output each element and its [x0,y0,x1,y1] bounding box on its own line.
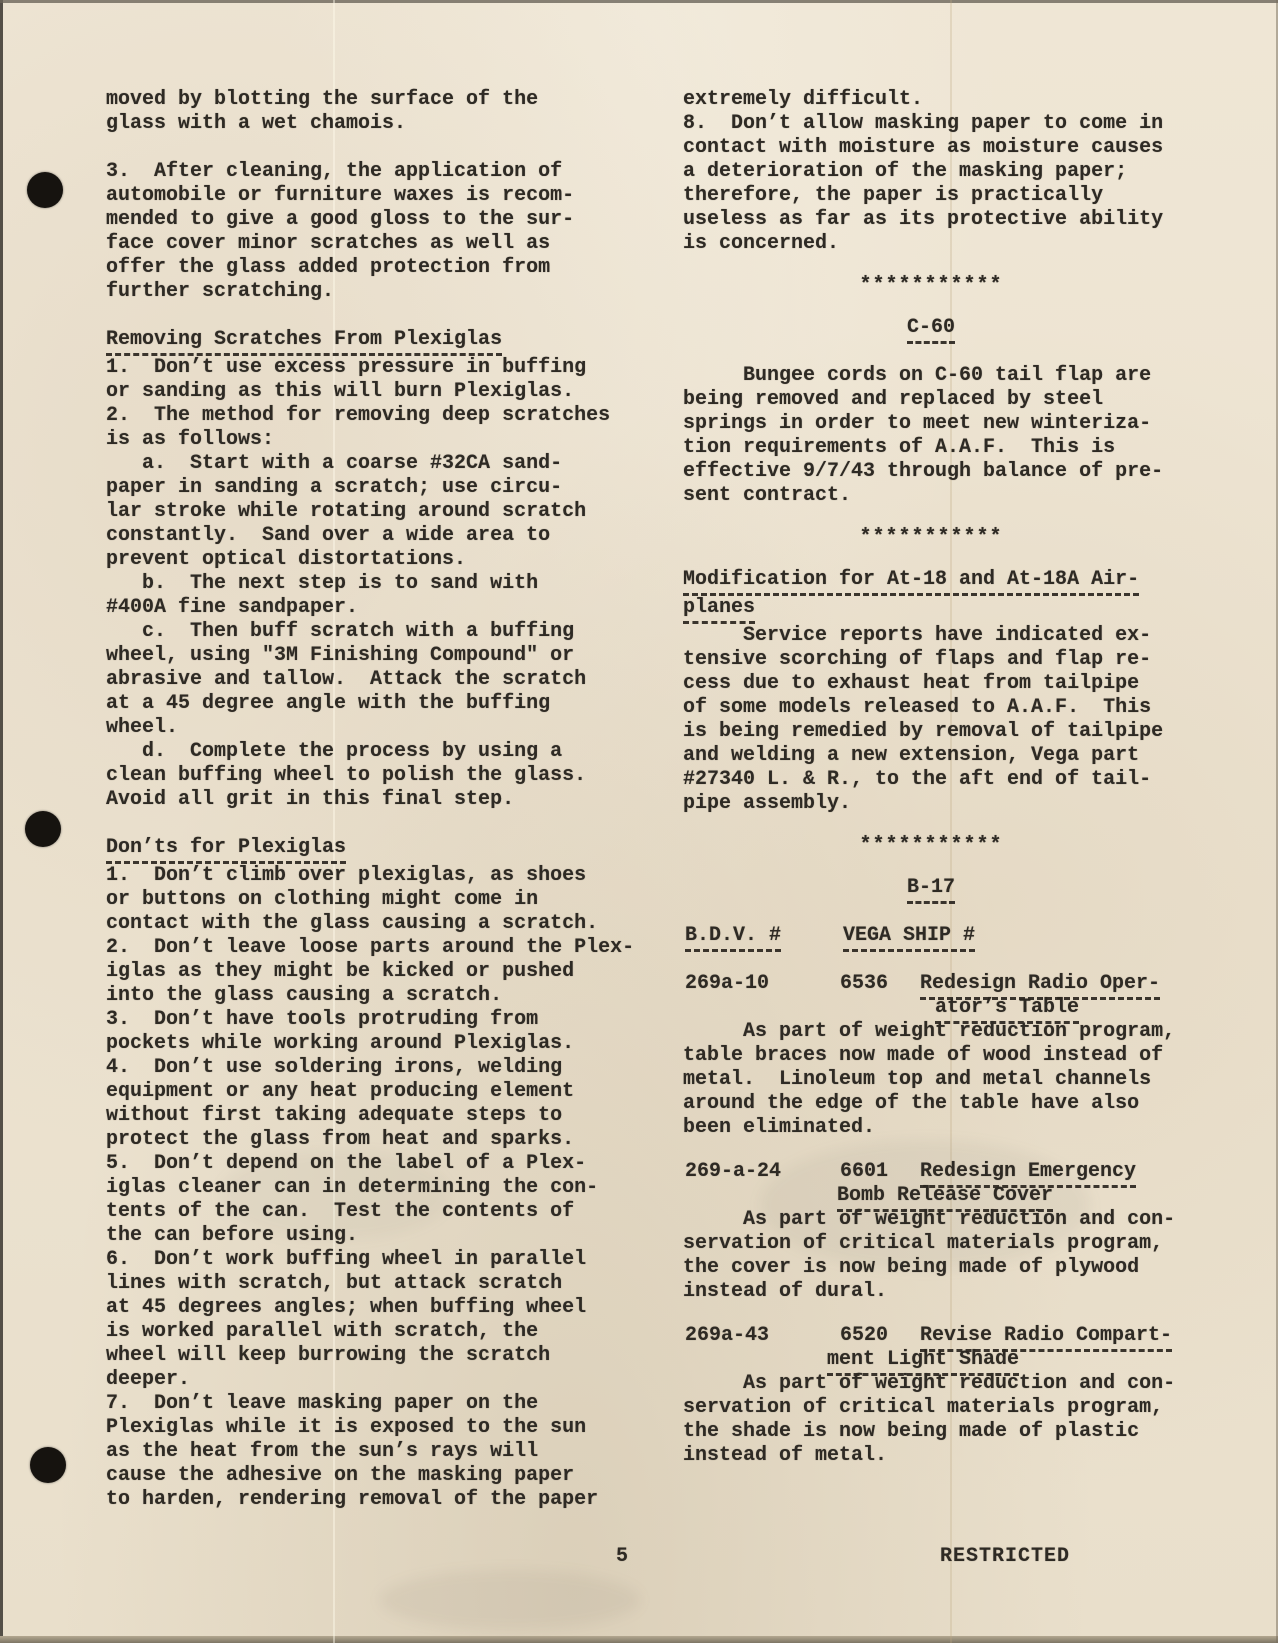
section-heading-removing-scratches: Removing Scratches From Plexiglas [106,328,658,356]
section-body-donts: 1. Don’t climb over plexiglas, as shoes … [106,864,658,1512]
table-row-body: As part of weight reduction and con- ser… [683,1372,1179,1468]
left-column: moved by blotting the surface of the gla… [106,88,658,1512]
table-header-vega-ship-number: VEGA SHIP # [843,924,975,952]
heading-underlined-text: planes [683,596,755,624]
document-page: moved by blotting the surface of the gla… [0,0,1278,1643]
page-number: 5 [616,1545,628,1569]
cell-bdv-number: 269a-10 [685,972,769,996]
table-row: 269a-10 6536 Redesign Radio Oper- ator’s… [683,972,1179,1140]
hole-punch-3 [30,1447,66,1483]
heading-underlined-text: Modification for At-18 and At-18A Air- [683,568,1139,596]
section-heading-donts: Don’ts for Plexiglas [106,836,658,864]
section-heading-b17: B-17 [683,876,1179,904]
paragraph-item-8: extremely difficult. 8. Don’t allow mask… [683,88,1179,256]
hole-punch-1 [27,172,63,208]
cell-ship-number: 6536 [840,972,888,996]
cell-ship-number: 6601 [840,1160,888,1184]
heading-underlined-text: B-17 [907,876,955,904]
section-heading-c60: C-60 [683,316,1179,344]
table-row-main-line: 269a-10 6536 Redesign Radio Oper- [683,972,1179,996]
cell-change-title: Redesign Radio Oper- [920,972,1160,1000]
section-body-c60: Bungee cords on C-60 tail flap are being… [683,364,1179,508]
section-body-at18: Service reports have indicated ex- tensi… [683,624,1179,816]
heading-underlined-text: C-60 [907,316,955,344]
paragraph-continuation: moved by blotting the surface of the gla… [106,88,658,136]
asterisk-divider-2: *********** [683,526,1179,550]
table-header-row: B.D.V. # VEGA SHIP # [683,924,1179,950]
section-body-removing-scratches: 1. Don’t use excess pressure in buffing … [106,356,658,812]
table-row-main-line: 269a-43 6520 Revise Radio Compart- [683,1324,1179,1348]
table-header-bdv-number: B.D.V. # [685,924,781,952]
asterisk-divider-3: *********** [683,834,1179,858]
cell-ship-number: 6520 [840,1324,888,1348]
table-row: 269-a-24 6601 Redesign Emergency Bomb Re… [683,1160,1179,1304]
page-edge-top [0,0,1278,3]
classification-stamp: RESTRICTED [940,1545,1070,1569]
cell-bdv-number: 269-a-24 [685,1160,781,1184]
paragraph-item-3: 3. After cleaning, the application of au… [106,160,658,304]
page-edge-bottom [0,1636,1278,1643]
table-row: 269a-43 6520 Revise Radio Compart- ment … [683,1324,1179,1468]
right-column: extremely difficult. 8. Don’t allow mask… [683,88,1179,1488]
cell-change-title: Redesign Emergency [920,1160,1136,1188]
table-row-body: As part of weight reduction and con- ser… [683,1208,1179,1304]
heading-underlined-text: Don’ts for Plexiglas [106,836,346,864]
table-row-main-line: 269-a-24 6601 Redesign Emergency [683,1160,1179,1184]
page-edge-left [0,0,3,1643]
asterisk-divider-1: *********** [683,274,1179,298]
paper-smudge [380,1570,640,1630]
table-row-body: As part of weight reduction program, tab… [683,1020,1179,1140]
section-heading-at18-line1: Modification for At-18 and At-18A Air- [683,568,1179,596]
heading-underlined-text: Removing Scratches From Plexiglas [106,328,502,356]
cell-bdv-number: 269a-43 [685,1324,769,1348]
cell-change-title: Revise Radio Compart- [920,1324,1172,1352]
section-heading-at18-line2: planes [683,596,1179,624]
hole-punch-2 [25,811,61,847]
